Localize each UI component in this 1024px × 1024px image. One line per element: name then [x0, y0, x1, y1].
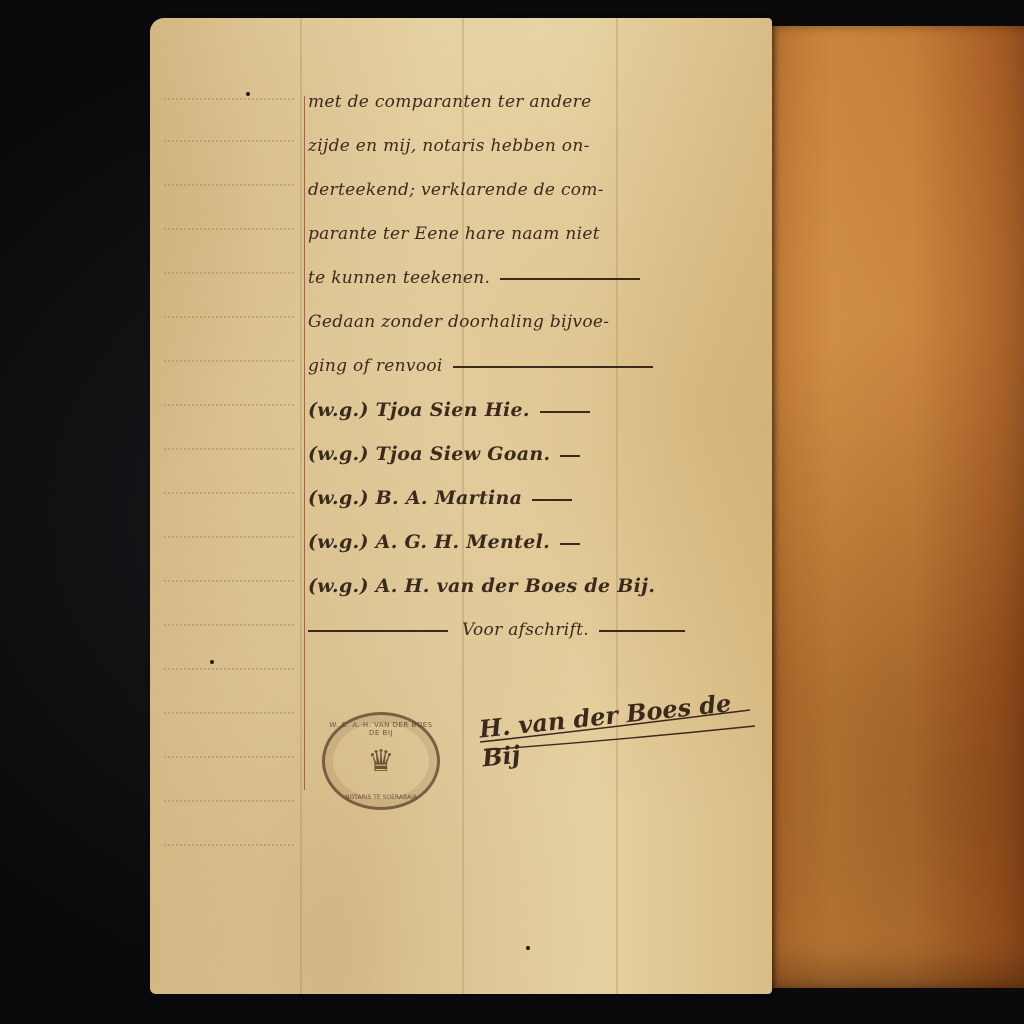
signature-flourish-icon [470, 690, 760, 760]
handwritten-text: met de comparanten ter andere zijde en m… [308, 80, 764, 652]
fill-dash [308, 630, 448, 632]
signature-line: (w.g.) Tjoa Sien Hie. [308, 388, 764, 432]
signature-line: (w.g.) Tjoa Siew Goan. [308, 432, 764, 476]
notary-signature: H. van der Boes de Bij [470, 690, 760, 760]
red-margin-rule [304, 96, 305, 790]
signature-line: (w.g.) B. A. Martina [308, 476, 764, 520]
ink-spot [526, 946, 530, 950]
text-line: Gedaan zonder doorhaling bijvoe- [308, 300, 764, 344]
signature-line: (w.g.) A. H. van der Boes de Bij. [308, 564, 764, 608]
bleed-through-lines [150, 18, 300, 994]
coat-of-arms-icon: ♛ [368, 744, 395, 779]
fill-dash [532, 499, 572, 501]
ink-spot [210, 660, 214, 664]
fill-dash [540, 411, 590, 413]
signature-line: (w.g.) A. G. H. Mentel. [308, 520, 764, 564]
fill-dash [560, 543, 580, 545]
fill-dash [560, 455, 580, 457]
text-line: zijde en mij, notaris hebben on- [308, 124, 764, 168]
text-line: parante ter Eene hare naam niet [308, 212, 764, 256]
ink-spot [246, 92, 250, 96]
fill-dash [453, 366, 653, 368]
notary-seal-stamp: W. C. A. H. VAN DER BOES DE BIJ ♛ NOTARI… [322, 712, 440, 810]
fill-dash [599, 630, 685, 632]
text-line: te kunnen teekenen. [308, 256, 764, 300]
page-fold [300, 18, 302, 994]
fill-dash [500, 278, 640, 280]
text-line: met de comparanten ter andere [308, 80, 764, 124]
text-line: ging of renvooi [308, 344, 764, 388]
text-line: Voor afschrift. [308, 608, 764, 652]
document-page: met de comparanten ter andere zijde en m… [150, 18, 772, 994]
text-line: derteekend; verklarende de com- [308, 168, 764, 212]
book-cover-board [764, 26, 1024, 988]
